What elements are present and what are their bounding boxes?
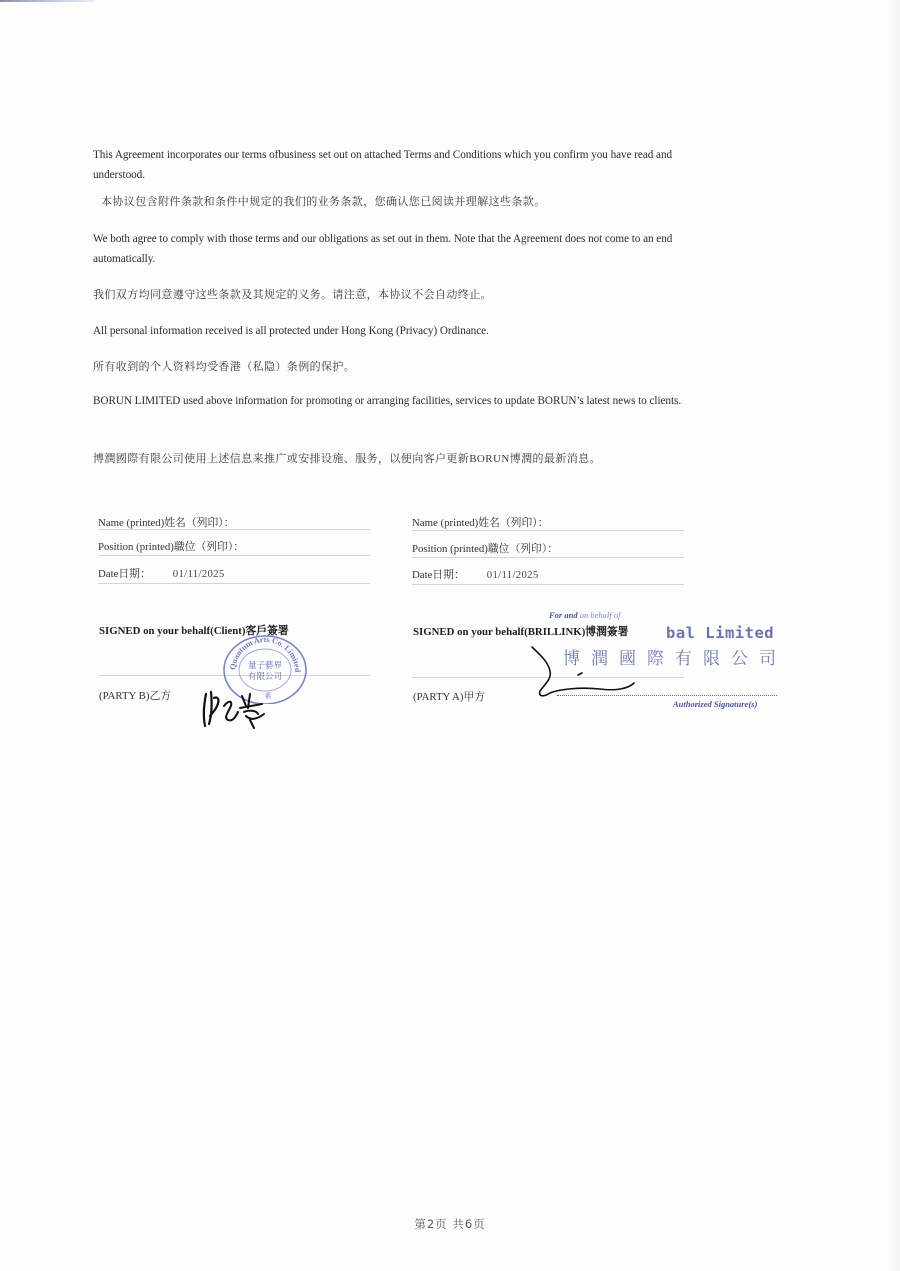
page-indicator: 第2页 共6页 [0,1216,900,1232]
paragraph-privacy-en: All personal information received is all… [93,321,703,341]
party-a-name-field[interactable] [412,530,684,531]
party-a-date-label: Date日期： [412,569,465,581]
party-b-name-field[interactable] [98,529,370,530]
paragraph-terms-zh: 本协议包含附件条款和条件中规定的我们的业务条款，您确认您已阅读并理解这些条款。 [101,192,711,212]
svg-text:量子藝界: 量子藝界 [248,660,283,671]
company-stamp-for-label: For and on behalf of [549,610,620,620]
paragraph-borun-en: BORUN LIMITED used above information for… [93,391,703,411]
party-a-name-label: Name (printed)姓名（列印）： [412,516,548,530]
paragraph-comply-en: We both agree to comply with those terms… [93,229,703,269]
svg-text:有限公司: 有限公司 [248,671,282,682]
party-b-signature-icon [200,686,272,732]
party-b-date-field [98,583,370,584]
party-a-date-field [412,584,684,585]
paragraph-comply-zh: 我们双方均同意遵守这些条款及其规定的义务。请注意，本协议不会自动终止。 [93,285,703,305]
party-a-date-value: 01/11/2025 [487,569,539,581]
party-a-label: (PARTY A)甲方 [413,689,485,704]
party-a-date-row: Date日期：01/11/2025 [412,568,539,582]
party-b-date-row: Date日期：01/11/2025 [98,567,225,581]
party-a-position-field[interactable] [412,557,684,558]
scan-edge-artifact [0,0,95,2]
paragraph-privacy-zh: 所有收到的个人资料均受香港（私隐）条例的保护。 [93,357,703,377]
page-edge-shadow [886,0,900,1271]
party-a-signature-icon [530,645,640,700]
paragraph-terms-en: This Agreement incorporates our terms of… [93,145,703,185]
party-b-name-label: Name (printed)姓名（列印）： [98,516,234,530]
party-b-position-field[interactable] [98,555,370,556]
party-b-date-value: 01/11/2025 [173,568,225,580]
authorized-signature-label: Authorized Signature(s) [673,699,757,709]
party-b-label: (PARTY B)乙方 [99,688,171,703]
paragraph-borun-zh: 博潤國際有限公司使用上述信息来推广或安排设施、服务，以便向客户更新BORUN博潤… [93,449,703,469]
party-b-position-label: Position (printed)職位（列印）： [98,540,244,554]
company-stamp-english-name: BRILLINK Global Limited [548,624,774,642]
party-b-date-label: Date日期： [98,568,151,580]
party-a-position-label: Position (printed)職位（列印）： [412,542,558,556]
